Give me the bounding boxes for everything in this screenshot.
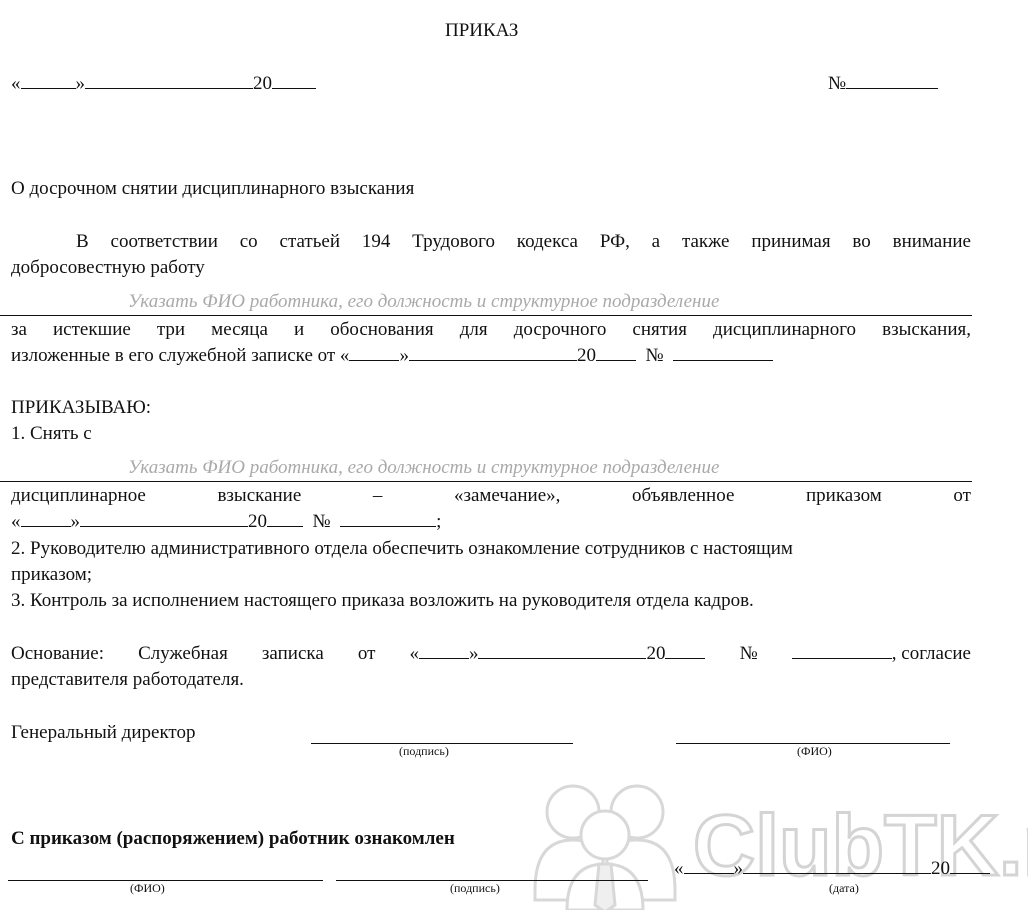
close-quote: » xyxy=(76,73,86,94)
employee-blank-2[interactable] xyxy=(0,481,972,482)
word: от xyxy=(358,643,376,665)
word: – xyxy=(373,485,383,507)
caption-employee-signature: (подпись) xyxy=(450,881,500,896)
employee-name-blank[interactable] xyxy=(8,880,323,881)
word: от xyxy=(953,485,971,507)
order-number-field[interactable]: № xyxy=(828,73,938,95)
caption-signature: (подпись) xyxy=(399,744,449,759)
year-prefix: 20 xyxy=(253,73,272,94)
day-blank[interactable] xyxy=(21,87,76,89)
memo-month-blank[interactable] xyxy=(409,359,577,361)
ack-day-blank[interactable] xyxy=(684,872,734,874)
basis-day-blank[interactable] xyxy=(419,657,469,659)
year-prefix: 20 xyxy=(931,858,950,879)
memo-day-blank[interactable] xyxy=(349,359,399,361)
intro-line-1: В соответствии со статьей 194 Трудового … xyxy=(76,231,971,253)
reason-line-1: за истекшие три месяца и обоснования для… xyxy=(11,319,971,341)
basis-month-blank[interactable] xyxy=(478,657,646,659)
intro-line-2: добросовестную работу xyxy=(11,257,205,279)
basis-tail: , согласие xyxy=(892,643,971,664)
memo-date-field[interactable]: изложенные в его служебной записке от «»… xyxy=(11,345,773,367)
year-prefix: 20 xyxy=(646,643,665,664)
ack-date-field[interactable]: «»20 xyxy=(674,858,990,880)
employee-hint-2: Указать ФИО работника, его должность и с… xyxy=(128,457,719,479)
open-quote: « xyxy=(11,73,21,94)
word: приказом xyxy=(806,485,882,507)
basis-year-blank[interactable] xyxy=(665,657,705,659)
ack-year-blank[interactable] xyxy=(950,872,990,874)
prior-number-blank[interactable] xyxy=(340,525,436,527)
word: Основание: xyxy=(11,643,104,665)
document-title: ПРИКАЗ xyxy=(445,20,518,42)
basis-line-1: Основание: Служебная записка от «»20 № ,… xyxy=(11,643,971,665)
caption-date: (дата) xyxy=(829,881,859,896)
order-heading: ПРИКАЗЫВАЮ: xyxy=(11,397,151,419)
prior-day-blank[interactable] xyxy=(21,525,71,527)
word: дисциплинарное xyxy=(11,485,146,507)
item-1-start: 1. Снять с xyxy=(11,423,92,445)
prior-order-date-field[interactable]: «»20 № ; xyxy=(11,511,441,533)
open-quote: « xyxy=(11,511,21,532)
item-1-line-2: дисциплинарное взыскание – «замечание», … xyxy=(11,485,971,507)
open-quote: « xyxy=(674,858,684,879)
employee-blank-1[interactable] xyxy=(0,315,972,316)
document-subject: О досрочном снятии дисциплинарного взыск… xyxy=(11,178,414,200)
number-sign: № xyxy=(740,643,758,665)
reason-line-2: изложенные в его служебной записке от « xyxy=(11,345,349,366)
close-quote: » xyxy=(734,858,744,879)
basis-date-field[interactable]: «»20 xyxy=(409,643,705,665)
word: объявленное xyxy=(632,485,734,507)
number-sign: № xyxy=(645,345,663,366)
order-date-field[interactable]: «»20 xyxy=(11,73,316,95)
semicolon: ; xyxy=(436,511,441,532)
basis-line-2: представителя работодателя. xyxy=(11,669,244,691)
number-sign: № xyxy=(313,511,331,532)
month-blank[interactable] xyxy=(85,87,253,89)
close-quote: » xyxy=(469,643,479,664)
memo-year-blank[interactable] xyxy=(596,359,636,361)
prior-year-blank[interactable] xyxy=(267,525,303,527)
clubtk-watermark: ClubTK.ru xyxy=(515,780,1028,910)
number-blank[interactable] xyxy=(846,87,938,89)
year-prefix: 20 xyxy=(577,345,596,366)
word: взыскание xyxy=(217,485,301,507)
signer-title: Генеральный директор xyxy=(11,722,195,744)
acknowledgement-heading: С приказом (распоряжением) работник озна… xyxy=(11,828,455,850)
memo-number-blank[interactable] xyxy=(673,359,773,361)
item-2-line-1: 2. Руководителю административного отдела… xyxy=(11,538,793,560)
close-quote: » xyxy=(71,511,81,532)
people-group-icon xyxy=(535,786,675,910)
basis-number-blank[interactable] xyxy=(792,657,892,659)
number-sign: № xyxy=(828,73,846,94)
employee-hint-1: Указать ФИО работника, его должность и с… xyxy=(128,291,719,313)
caption-employee-name: (ФИО) xyxy=(130,881,165,896)
prior-month-blank[interactable] xyxy=(80,525,248,527)
open-quote: « xyxy=(409,643,419,664)
caption-name: (ФИО) xyxy=(797,744,832,759)
item-2-line-2: приказом; xyxy=(11,564,92,586)
word: «замечание», xyxy=(454,485,560,507)
word: Служебная xyxy=(138,643,228,665)
word: записка xyxy=(262,643,324,665)
close-quote: » xyxy=(399,345,409,366)
ack-month-blank[interactable] xyxy=(743,872,931,874)
item-3: 3. Контроль за исполнением настоящего пр… xyxy=(11,590,754,612)
year-blank[interactable] xyxy=(272,87,316,89)
year-prefix: 20 xyxy=(248,511,267,532)
